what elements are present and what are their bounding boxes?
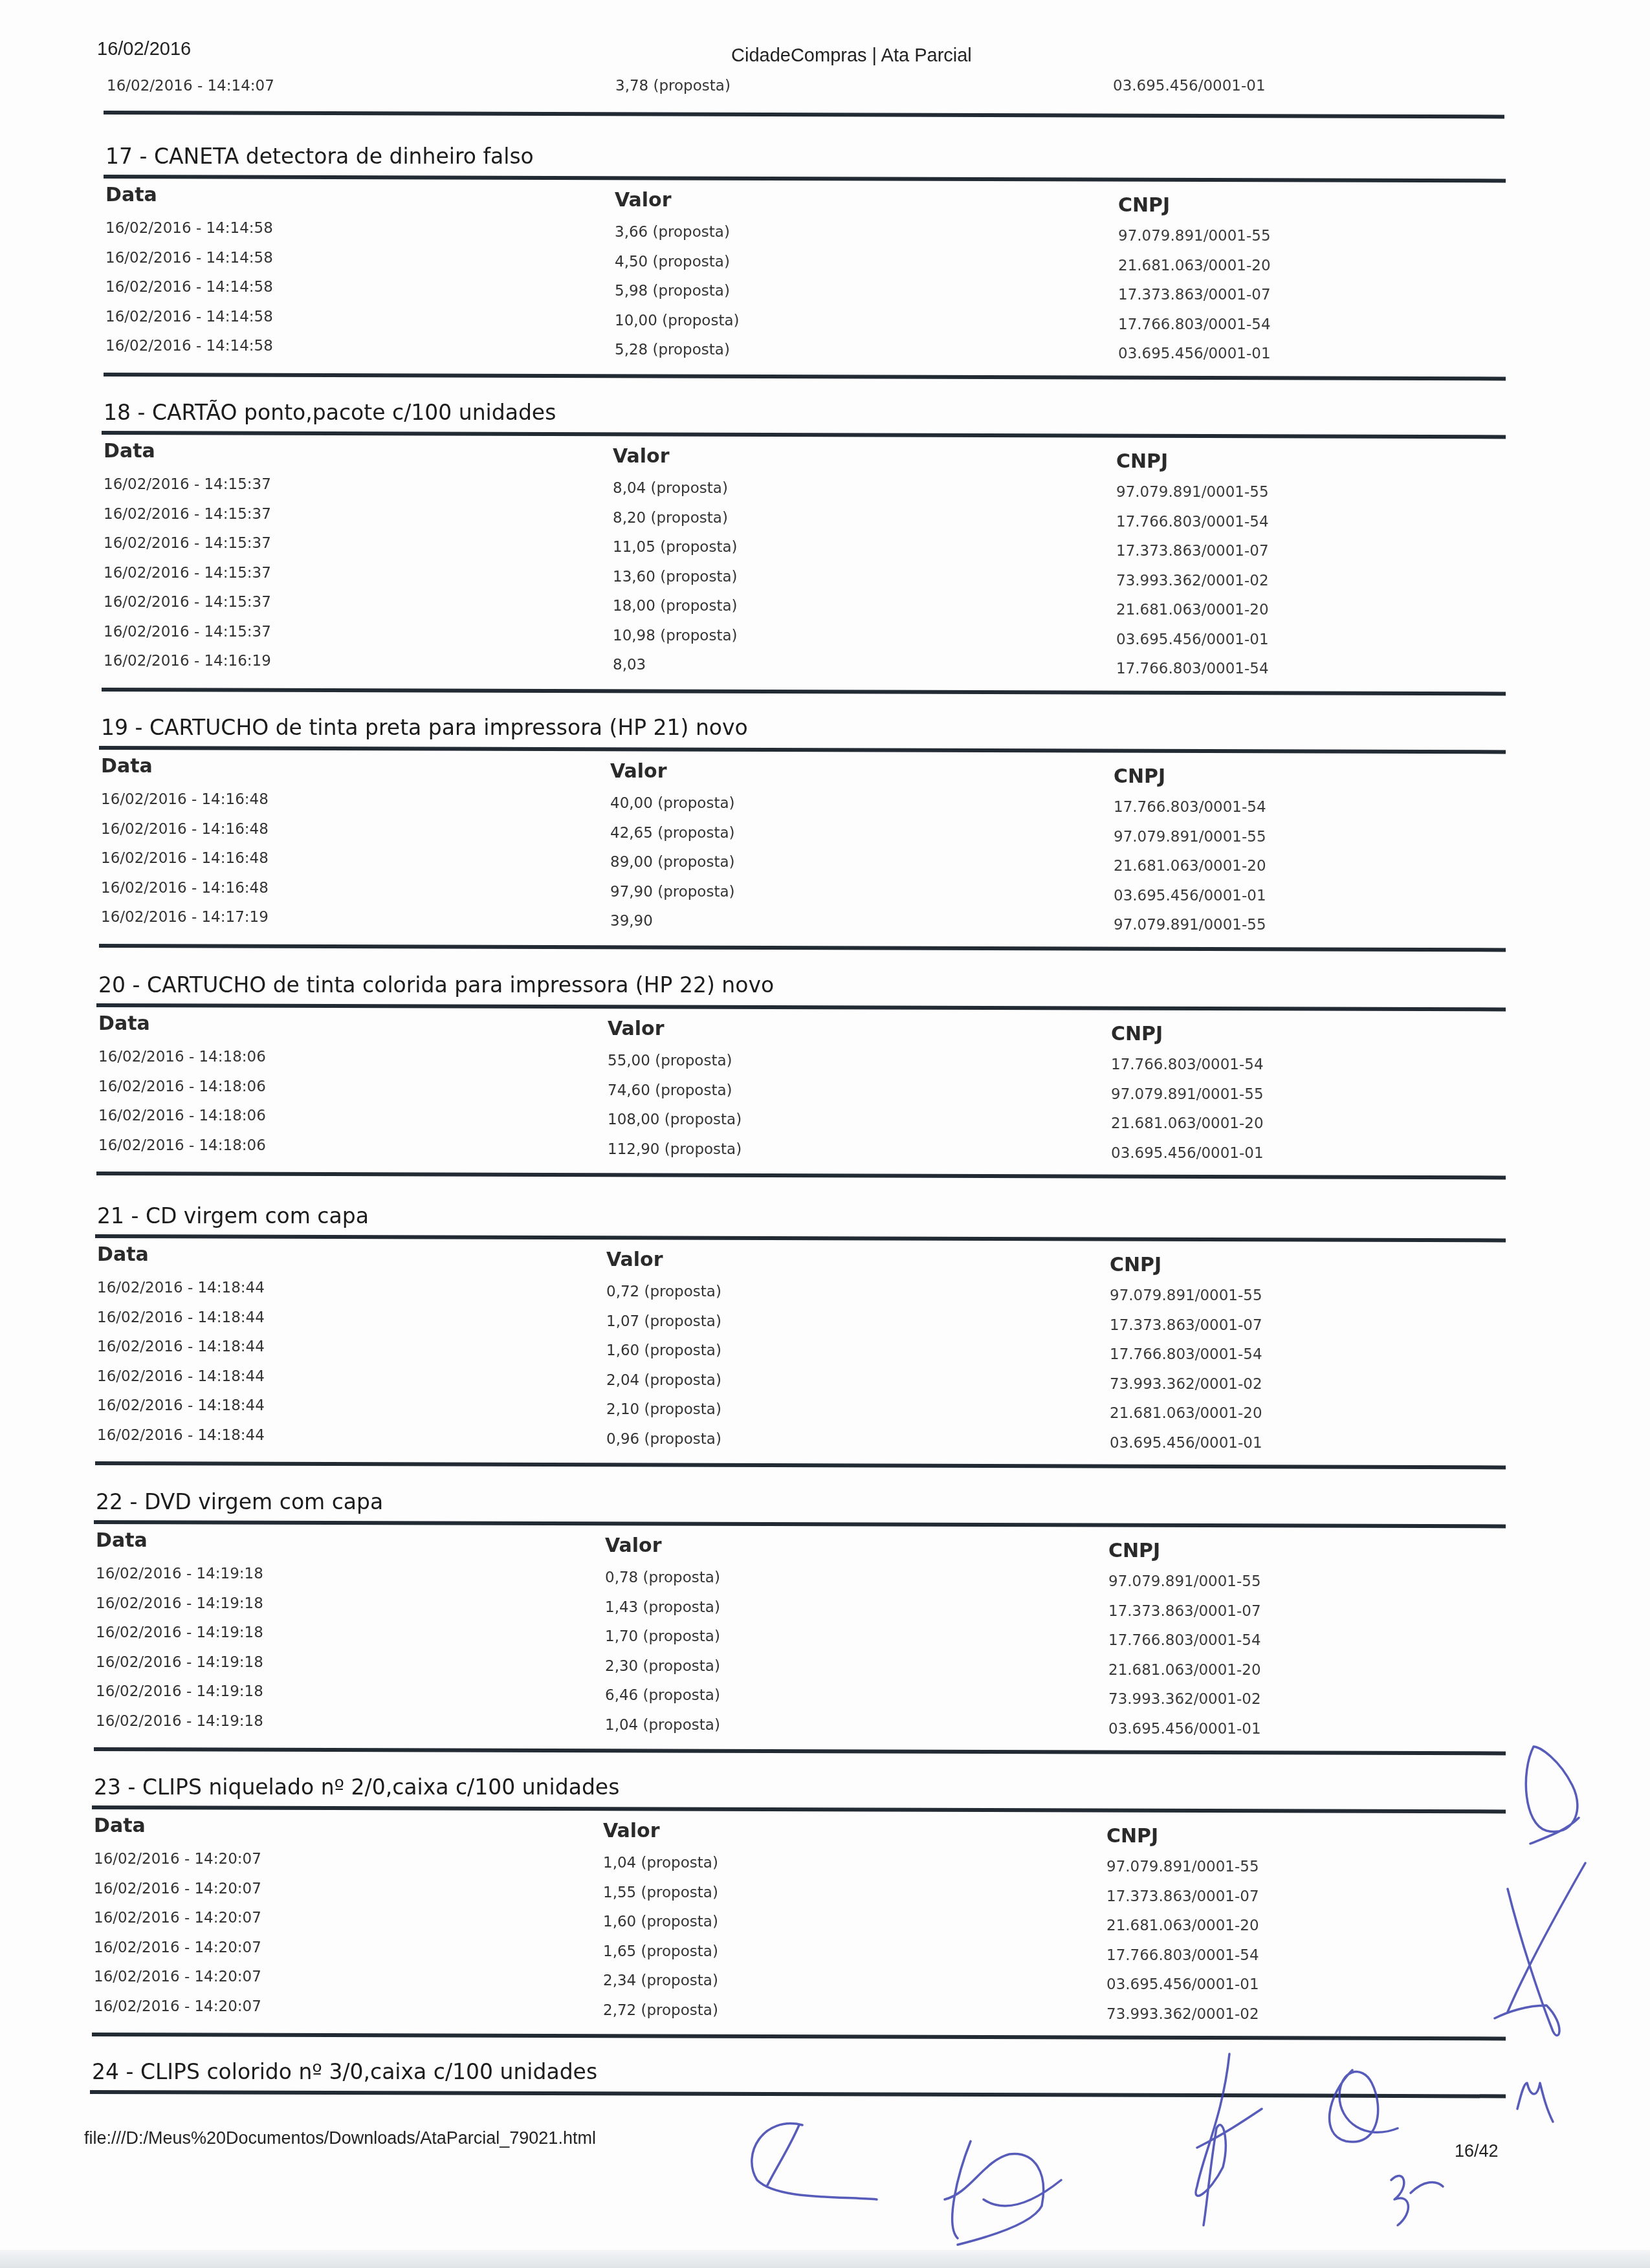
column-header-valor: Valor <box>608 1018 665 1040</box>
cell-valor: 10,98 (proposta) <box>613 627 738 644</box>
cell-cnpj: 21.681.063/0001-20 <box>1118 257 1271 274</box>
signature-margin-top-icon <box>1514 1734 1592 1857</box>
cell-valor: 39,90 <box>610 913 653 930</box>
section-end-rule <box>104 373 1506 380</box>
cell-valor: 1,04 (proposta) <box>605 1717 720 1734</box>
signature-1-icon <box>738 2115 880 2206</box>
cell-cnpj: 73.993.362/0001-02 <box>1110 1376 1262 1393</box>
section-title: 24 - CLIPS colorido nº 3/0,caixa c/100 u… <box>92 2059 597 2084</box>
section-end-rule <box>92 2033 1506 2040</box>
column-header-cnpj: CNPJ <box>1108 1540 1160 1562</box>
cell-data: 16/02/2016 - 14:15:37 <box>104 594 271 611</box>
cell-cnpj: 17.766.803/0001-54 <box>1110 1346 1262 1363</box>
cell-cnpj: 73.993.362/0001-02 <box>1106 2006 1259 2023</box>
section-title-rule <box>99 746 1506 754</box>
column-header-cnpj: CNPJ <box>1118 194 1170 217</box>
cell-data: 16/02/2016 - 14:16:48 <box>101 821 269 838</box>
section-title: 19 - CARTUCHO de tinta preta para impres… <box>101 715 748 740</box>
cell-cnpj: 17.373.863/0001-07 <box>1118 287 1271 303</box>
cell-valor: 55,00 (proposta) <box>608 1052 732 1069</box>
cell-valor: 108,00 (proposta) <box>608 1111 742 1128</box>
column-header-valor: Valor <box>615 189 672 212</box>
cell-cnpj: 21.681.063/0001-20 <box>1110 1405 1262 1422</box>
column-header-cnpj: CNPJ <box>1111 1023 1163 1045</box>
cell-data: 16/02/2016 - 14:15:37 <box>104 624 271 640</box>
cell-data: 16/02/2016 - 14:19:18 <box>96 1683 263 1700</box>
initials-margin-icon <box>1508 2070 1566 2128</box>
cell-data: 16/02/2016 - 14:20:07 <box>94 1851 261 1868</box>
cell-cnpj: 03.695.456/0001-01 <box>1118 345 1271 362</box>
cell-cnpj: 03.695.456/0001-01 <box>1114 888 1266 904</box>
cell-data: 16/02/2016 - 14:14:58 <box>105 279 273 296</box>
cell-cnpj: 97.079.891/0001-55 <box>1116 484 1269 501</box>
section-title: 23 - CLIPS niquelado nº 2/0,caixa c/100 … <box>94 1774 619 1800</box>
cell-valor: 2,04 (proposta) <box>606 1372 721 1389</box>
cell-cnpj: 17.373.863/0001-07 <box>1108 1603 1261 1620</box>
cell-data: 16/02/2016 - 14:17:19 <box>101 909 269 926</box>
cell-valor: 0,78 (proposta) <box>605 1569 720 1586</box>
column-header-valor: Valor <box>605 1534 662 1557</box>
cell-cnpj: 73.993.362/0001-02 <box>1108 1691 1261 1708</box>
cell-cnpj: 03.695.456/0001-01 <box>1106 1976 1259 1993</box>
scan-edge <box>0 2250 1650 2268</box>
cell-data: 16/02/2016 - 14:19:18 <box>96 1565 263 1582</box>
cell-valor: 1,55 (proposta) <box>603 1884 718 1901</box>
column-header-data: Data <box>105 184 157 206</box>
cell-valor: 13,60 (proposta) <box>613 569 738 585</box>
section-end-rule <box>96 1172 1506 1179</box>
column-header-valor: Valor <box>613 445 670 468</box>
document-title: CidadeCompras | Ata Parcial <box>731 45 972 67</box>
cell-data: 16/02/2016 - 14:14:58 <box>105 338 273 354</box>
section-title: 18 - CARTÃO ponto,pacote c/100 unidades <box>104 400 556 425</box>
cell-data: 16/02/2016 - 14:18:06 <box>98 1137 266 1154</box>
cell-data: 16/02/2016 - 14:18:06 <box>98 1078 266 1095</box>
section-end-rule <box>95 1461 1506 1469</box>
cell-data: 16/02/2016 - 14:18:06 <box>98 1049 266 1065</box>
carryover-row: 16/02/2016 - 14:14:07 3,78 (proposta) 03… <box>107 78 1498 98</box>
cell-valor: 11,05 (proposta) <box>613 539 738 556</box>
cell-cnpj: 21.681.063/0001-20 <box>1106 1917 1259 1934</box>
column-header-data: Data <box>96 1529 148 1552</box>
column-header-data: Data <box>97 1243 149 1266</box>
initials-bottom-icon <box>1378 2154 1449 2232</box>
carryover-date: 16/02/2016 - 14:14:07 <box>107 78 274 94</box>
column-header-cnpj: CNPJ <box>1116 450 1168 473</box>
cell-cnpj: 21.681.063/0001-20 <box>1111 1115 1264 1132</box>
cell-data: 16/02/2016 - 14:18:44 <box>97 1338 265 1355</box>
cell-cnpj: 21.681.063/0001-20 <box>1108 1662 1261 1679</box>
signature-4-icon <box>1301 2057 1430 2161</box>
cell-data: 16/02/2016 - 14:20:07 <box>94 1881 261 1897</box>
section-title-rule <box>104 175 1506 182</box>
section-title-rule <box>102 431 1506 439</box>
section-title-rule <box>95 1234 1506 1242</box>
cell-cnpj: 21.681.063/0001-20 <box>1114 858 1266 875</box>
cell-valor: 1,07 (proposta) <box>606 1313 721 1330</box>
cell-data: 16/02/2016 - 14:16:48 <box>101 850 269 867</box>
cell-data: 16/02/2016 - 14:16:48 <box>101 880 269 897</box>
cell-valor: 42,65 (proposta) <box>610 825 735 842</box>
cell-cnpj: 21.681.063/0001-20 <box>1116 602 1269 618</box>
cell-data: 16/02/2016 - 14:18:06 <box>98 1107 266 1124</box>
print-date: 16/02/2016 <box>97 39 191 60</box>
cell-cnpj: 03.695.456/0001-01 <box>1110 1435 1262 1452</box>
cell-cnpj: 17.766.803/0001-54 <box>1108 1632 1261 1649</box>
cell-data: 16/02/2016 - 14:14:58 <box>105 220 273 237</box>
cell-cnpj: 03.695.456/0001-01 <box>1108 1721 1261 1738</box>
signature-margin-x-icon <box>1482 1857 1598 2044</box>
cell-data: 16/02/2016 - 14:15:37 <box>104 535 271 552</box>
cell-data: 16/02/2016 - 14:14:58 <box>105 309 273 325</box>
cell-cnpj: 17.766.803/0001-54 <box>1118 316 1271 333</box>
section-end-rule <box>99 944 1506 952</box>
cell-cnpj: 17.766.803/0001-54 <box>1114 799 1266 816</box>
cell-cnpj: 97.079.891/0001-55 <box>1111 1086 1264 1103</box>
column-header-cnpj: CNPJ <box>1114 765 1165 788</box>
section-title-rule <box>92 1805 1506 1813</box>
section-title-rule <box>96 1003 1506 1011</box>
cell-cnpj: 17.766.803/0001-54 <box>1106 1947 1259 1964</box>
cell-data: 16/02/2016 - 14:19:18 <box>96 1654 263 1671</box>
cell-cnpj: 17.373.863/0001-07 <box>1116 543 1269 560</box>
cell-data: 16/02/2016 - 14:18:44 <box>97 1368 265 1385</box>
section-title-rule <box>94 1520 1506 1528</box>
carryover-value: 3,78 (proposta) <box>615 78 731 94</box>
cell-valor: 2,72 (proposta) <box>603 2002 718 2019</box>
signature-2-icon <box>932 2135 1100 2251</box>
cell-valor: 6,46 (proposta) <box>605 1687 720 1704</box>
cell-valor: 74,60 (proposta) <box>608 1082 732 1099</box>
cell-cnpj: 17.373.863/0001-07 <box>1106 1888 1259 1905</box>
page-number: 16/42 <box>1455 2141 1499 2161</box>
cell-cnpj: 17.766.803/0001-54 <box>1116 514 1269 530</box>
divider <box>104 111 1504 118</box>
cell-valor: 8,03 <box>613 657 646 673</box>
cell-cnpj: 03.695.456/0001-01 <box>1116 631 1269 648</box>
column-header-cnpj: CNPJ <box>1110 1254 1161 1276</box>
cell-data: 16/02/2016 - 14:20:07 <box>94 1910 261 1926</box>
cell-valor: 1,65 (proposta) <box>603 1943 718 1960</box>
column-header-data: Data <box>104 440 155 463</box>
cell-valor: 8,04 (proposta) <box>613 480 728 497</box>
cell-valor: 1,43 (proposta) <box>605 1599 720 1616</box>
section-title: 17 - CANETA detectora de dinheiro falso <box>105 144 534 169</box>
column-header-cnpj: CNPJ <box>1106 1825 1158 1848</box>
footer-url: file:///D:/Meus%20Documentos/Downloads/A… <box>84 2128 596 2148</box>
cell-data: 16/02/2016 - 14:19:18 <box>96 1624 263 1641</box>
column-header-valor: Valor <box>610 760 667 783</box>
cell-data: 16/02/2016 - 14:18:44 <box>97 1280 265 1296</box>
cell-data: 16/02/2016 - 14:16:48 <box>101 791 269 808</box>
cell-valor: 2,34 (proposta) <box>603 1972 718 1989</box>
section-title-rule <box>90 2090 1506 2098</box>
cell-data: 16/02/2016 - 14:15:37 <box>104 565 271 582</box>
cell-valor: 5,98 (proposta) <box>615 283 730 300</box>
cell-data: 16/02/2016 - 14:16:19 <box>104 653 271 670</box>
cell-data: 16/02/2016 - 14:15:37 <box>104 506 271 523</box>
cell-valor: 1,60 (proposta) <box>603 1914 718 1930</box>
section-title: 20 - CARTUCHO de tinta colorida para imp… <box>98 972 774 998</box>
cell-valor: 112,90 (proposta) <box>608 1141 742 1158</box>
column-header-data: Data <box>94 1815 146 1837</box>
cell-data: 16/02/2016 - 14:20:07 <box>94 1998 261 2015</box>
section-end-rule <box>94 1747 1506 1755</box>
section-title: 21 - CD virgem com capa <box>97 1203 369 1228</box>
cell-cnpj: 17.766.803/0001-54 <box>1116 660 1269 677</box>
cell-valor: 1,70 (proposta) <box>605 1628 720 1645</box>
cell-data: 16/02/2016 - 14:19:18 <box>96 1713 263 1730</box>
cell-cnpj: 97.079.891/0001-55 <box>1114 829 1266 845</box>
cell-valor: 8,20 (proposta) <box>613 510 728 527</box>
cell-data: 16/02/2016 - 14:14:58 <box>105 250 273 267</box>
cell-cnpj: 17.373.863/0001-07 <box>1110 1317 1262 1334</box>
cell-cnpj: 97.079.891/0001-55 <box>1108 1573 1261 1590</box>
cell-valor: 2,30 (proposta) <box>605 1658 720 1675</box>
cell-valor: 40,00 (proposta) <box>610 795 735 812</box>
signature-3-icon <box>1171 2051 1275 2238</box>
cell-valor: 10,00 (proposta) <box>615 312 740 329</box>
cell-cnpj: 73.993.362/0001-02 <box>1116 572 1269 589</box>
cell-valor: 18,00 (proposta) <box>613 598 738 615</box>
cell-valor: 89,00 (proposta) <box>610 854 735 871</box>
column-header-valor: Valor <box>606 1248 663 1271</box>
cell-cnpj: 97.079.891/0001-55 <box>1118 228 1271 245</box>
cell-data: 16/02/2016 - 14:20:07 <box>94 1939 261 1956</box>
cell-data: 16/02/2016 - 14:18:44 <box>97 1427 265 1444</box>
cell-data: 16/02/2016 - 14:20:07 <box>94 1968 261 1985</box>
cell-cnpj: 97.079.891/0001-55 <box>1110 1287 1262 1304</box>
cell-cnpj: 97.079.891/0001-55 <box>1114 917 1266 933</box>
cell-cnpj: 03.695.456/0001-01 <box>1111 1145 1264 1162</box>
cell-data: 16/02/2016 - 14:19:18 <box>96 1595 263 1612</box>
cell-valor: 97,90 (proposta) <box>610 884 735 900</box>
cell-valor: 4,50 (proposta) <box>615 254 730 270</box>
cell-valor: 1,04 (proposta) <box>603 1855 718 1871</box>
column-header-valor: Valor <box>603 1820 660 1842</box>
carryover-cnpj: 03.695.456/0001-01 <box>1113 78 1266 94</box>
cell-valor: 0,72 (proposta) <box>606 1283 721 1300</box>
cell-data: 16/02/2016 - 14:18:44 <box>97 1397 265 1414</box>
cell-data: 16/02/2016 - 14:15:37 <box>104 476 271 493</box>
column-header-data: Data <box>98 1012 150 1035</box>
cell-valor: 0,96 (proposta) <box>606 1431 721 1448</box>
section-end-rule <box>102 688 1506 695</box>
cell-cnpj: 97.079.891/0001-55 <box>1106 1859 1259 1875</box>
cell-cnpj: 17.766.803/0001-54 <box>1111 1056 1264 1073</box>
cell-valor: 3,66 (proposta) <box>615 224 730 241</box>
column-header-data: Data <box>101 755 153 778</box>
section-title: 22 - DVD virgem com capa <box>96 1489 383 1514</box>
cell-valor: 2,10 (proposta) <box>606 1401 721 1418</box>
cell-valor: 5,28 (proposta) <box>615 342 730 358</box>
cell-data: 16/02/2016 - 14:18:44 <box>97 1309 265 1326</box>
cell-valor: 1,60 (proposta) <box>606 1342 721 1359</box>
scanned-document-page: 16/02/2016 CidadeCompras | Ata Parcial 1… <box>0 0 1650 2268</box>
